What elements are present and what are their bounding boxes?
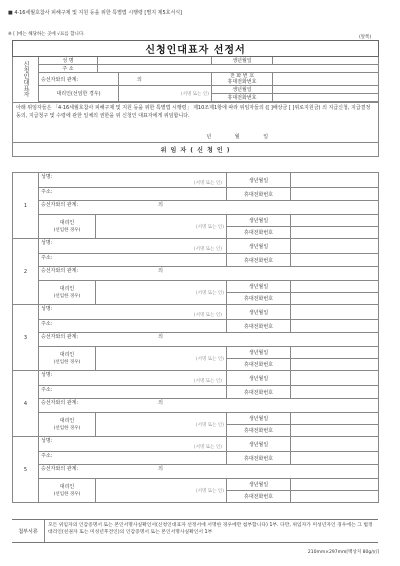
law-reference: ■ 4·16세월호참사 피해구제 및 지원 등을 위한 특별법 시행령 [별지 …: [8, 9, 182, 16]
agent-mobile-field[interactable]: [291, 293, 379, 305]
relation-label: 승선자와의 관계:: [41, 334, 78, 340]
rep-relation-field[interactable]: 승선자와의 관계:: [39, 73, 119, 86]
birth-label: 생년월일: [227, 371, 291, 386]
agent-mobile-label: 휴대전화번호: [227, 359, 291, 371]
agent-sign-field[interactable]: (서명 또는 인): [96, 281, 227, 305]
agent-mobile-label: 휴대전화번호: [227, 425, 291, 437]
form-title: 신청인대표자 선정서: [13, 41, 379, 57]
mobile-label: 휴대전화번호: [227, 188, 291, 201]
mobile-label: 휴대전화번호: [227, 254, 291, 267]
relation-field[interactable]: 승선자와의 관계:의: [39, 399, 379, 413]
agent-birth-field[interactable]: [291, 215, 379, 227]
relation-suffix: 의: [158, 466, 163, 472]
delegator-number: 5: [13, 437, 39, 503]
delegator-number: 1: [13, 173, 39, 239]
rep-agent-sign-hint: (서명 또는 인): [181, 92, 209, 97]
rep-name-label: 성 명: [39, 57, 98, 65]
mobile-field[interactable]: [291, 320, 379, 333]
birth-label: 생년월일: [227, 305, 291, 320]
address-label: 주소:: [41, 189, 52, 195]
rep-agent-mobile-label: 휴대전화번호: [212, 94, 273, 102]
mobile-field[interactable]: [291, 188, 379, 201]
address-label: 주소:: [41, 453, 52, 459]
delegator-group-3: 3 성명:(서명 또는 인) 생년월일 주소: 휴대전화번호 승선자와의 관계:…: [13, 305, 379, 371]
attachments-label: 첨부서류: [12, 520, 45, 542]
representative-section-label: 신청인대표자: [13, 57, 39, 103]
birth-field[interactable]: [291, 305, 379, 320]
agent-birth-label: 생년월일: [227, 281, 291, 293]
rep-address-label: 주 소: [39, 65, 98, 73]
agent-sign-field[interactable]: (서명 또는 인): [96, 413, 227, 437]
agent-mobile-label: 휴대전화번호: [227, 293, 291, 305]
agent-mobile-field[interactable]: [291, 227, 379, 239]
representative-table: 신청인대표자 선정서 신청인대표자 성 명 생년월일 주 소 승선자와의 관계:…: [12, 40, 379, 157]
date-day: 일: [263, 134, 268, 140]
birth-field[interactable]: [291, 239, 379, 254]
rep-phone-field[interactable]: [273, 73, 379, 86]
date-line[interactable]: 년 월 일: [206, 133, 268, 141]
sign-hint: (서명 또는 인): [194, 180, 222, 186]
delegator-number: 3: [13, 305, 39, 371]
agent-mobile-field[interactable]: [291, 359, 379, 371]
relation-field[interactable]: 승선자와의 관계:의: [39, 465, 379, 479]
agent-label: 대리인(선임한 경우): [39, 215, 96, 239]
mobile-field[interactable]: [291, 386, 379, 399]
delegator-number: 2: [13, 239, 39, 305]
agent-label: 대리인(선임한 경우): [39, 479, 96, 503]
date-year: 년: [206, 134, 211, 140]
relation-field[interactable]: 승선자와의 관계:의: [39, 333, 379, 347]
relation-field[interactable]: 승선자와의 관계:의: [39, 201, 379, 215]
sign-hint: (서명 또는 인): [194, 444, 222, 450]
delegator-name-field[interactable]: 성명:(서명 또는 인): [39, 437, 227, 452]
mobile-label: 휴대전화번호: [227, 452, 291, 465]
rep-agent-label: 대리인(선임한 경우): [39, 86, 119, 102]
rep-relation-suffix-cell: 의: [119, 73, 212, 86]
rep-mobile-label: 휴대전화번호: [214, 79, 270, 85]
rep-agent-sign-field[interactable]: (서명 또는 인): [119, 86, 212, 102]
relation-label: 승선자와의 관계:: [41, 268, 78, 274]
agent-mobile-field[interactable]: [291, 491, 379, 503]
name-label: 성명:: [41, 174, 52, 180]
relation-label: 승선자와의 관계:: [41, 400, 78, 406]
relation-suffix: 의: [158, 268, 163, 274]
delegators-table: 1 성명:(서명 또는 인) 생년월일 주소: 휴대전화번호 승선자와의 관계:…: [12, 172, 379, 503]
sign-hint: (서명 또는 인): [194, 312, 222, 318]
birth-field[interactable]: [291, 173, 379, 188]
agent-sign-field[interactable]: (서명 또는 인): [96, 215, 227, 239]
birth-label: 생년월일: [227, 239, 291, 254]
relation-suffix: 의: [158, 334, 163, 340]
name-label: 성명:: [41, 240, 52, 246]
agent-birth-field[interactable]: [291, 347, 379, 359]
agent-mobile-field[interactable]: [291, 425, 379, 437]
name-label: 성명:: [41, 372, 52, 378]
name-label: 성명:: [41, 306, 52, 312]
relation-field[interactable]: 승선자와의 관계:의: [39, 267, 379, 281]
agent-birth-field[interactable]: [291, 281, 379, 293]
mobile-label: 휴대전화번호: [227, 320, 291, 333]
agent-mobile-label: 휴대전화번호: [227, 227, 291, 239]
rep-relation-label: 승선자와의 관계:: [41, 77, 78, 83]
agent-birth-label: 생년월일: [227, 479, 291, 491]
relation-suffix: 의: [158, 400, 163, 406]
agent-birth-label: 생년월일: [227, 347, 291, 359]
agent-birth-label: 생년월일: [227, 215, 291, 227]
sign-hint: (서명 또는 인): [194, 246, 222, 252]
address-field[interactable]: 주소:: [39, 188, 227, 201]
agent-label: 대리인(선임한 경우): [39, 347, 96, 371]
agent-birth-label: 생년월일: [227, 413, 291, 425]
rep-agent-birth-label: 생년월일: [212, 86, 273, 94]
date-month: 월: [235, 134, 240, 140]
checkbox-note: ※ [ ]에는 해당하는 곳에 √표를 합니다.: [8, 31, 85, 37]
birth-label: 생년월일: [227, 173, 291, 188]
rep-name-field[interactable]: [98, 57, 212, 65]
address-label: 주소:: [41, 387, 52, 393]
delegation-statement: 아래 위임자들은 「4·16세월호참사 피해구제 및 지원 등을 위한 특별법 …: [13, 103, 379, 143]
delegator-name-field[interactable]: 성명:(서명 또는 인): [39, 305, 227, 320]
rep-agent-birth-field[interactable]: [273, 86, 379, 94]
delegator-group-4: 4 성명:(서명 또는 인) 생년월일 주소: 휴대전화번호 승선자와의 관계:…: [13, 371, 379, 437]
name-label: 성명:: [41, 438, 52, 444]
birth-field[interactable]: [291, 371, 379, 386]
delegator-number: 4: [13, 371, 39, 437]
mobile-field[interactable]: [291, 452, 379, 465]
relation-label: 승선자와의 관계:: [41, 202, 78, 208]
delegator-name-field[interactable]: 성명:(서명 또는 인): [39, 371, 227, 386]
address-field[interactable]: 주소:: [39, 452, 227, 465]
agent-sign-field[interactable]: (서명 또는 인): [96, 347, 227, 371]
address-field[interactable]: 주소:: [39, 386, 227, 399]
mobile-label: 휴대전화번호: [227, 386, 291, 399]
address-label: 주소:: [41, 255, 52, 261]
statement-text: 아래 위임자들은 「4·16세월호참사 피해구제 및 지원 등을 위한 특별법 …: [16, 104, 375, 120]
delegators-header: 위 임 자 ( 신 청 인 ): [13, 143, 379, 157]
attachments-section: 첨부서류 모든 위임자의 인감증명서 또는 본인서명사실확인서(신청인대표자 선…: [12, 519, 378, 543]
address-label: 주소:: [41, 321, 52, 327]
relation-suffix: 의: [158, 202, 163, 208]
agent-sign-field[interactable]: (서명 또는 인): [96, 479, 227, 503]
rep-birth-field[interactable]: [273, 57, 379, 65]
agent-birth-field[interactable]: [291, 479, 379, 491]
delegator-group-2: 2 성명:(서명 또는 인) 생년월일 주소: 휴대전화번호 승선자와의 관계:…: [13, 239, 379, 305]
delegator-group-5: 5 성명:(서명 또는 인) 생년월일 주소: 휴대전화번호 승선자와의 관계:…: [13, 437, 379, 503]
agent-birth-field[interactable]: [291, 413, 379, 425]
delegator-name-field[interactable]: 성명:(서명 또는 인): [39, 173, 227, 188]
delegator-group-1: 1 성명:(서명 또는 인) 생년월일 주소: 휴대전화번호 승선자와의 관계:…: [13, 173, 379, 239]
address-field[interactable]: 주소:: [39, 320, 227, 333]
agent-label: 대리인(선임한 경우): [39, 281, 96, 305]
rep-phone-labels: 전 화 번 호 휴대전화번호: [212, 73, 273, 86]
rep-birth-label: 생년월일: [212, 57, 273, 65]
rep-relation-suffix: 의: [137, 77, 142, 83]
sign-hint: (서명 또는 인): [194, 378, 222, 384]
agent-mobile-label: 휴대전화번호: [227, 491, 291, 503]
rep-address-field[interactable]: [98, 65, 379, 73]
rep-agent-mobile-field[interactable]: [273, 94, 379, 102]
birth-label: 생년월일: [227, 437, 291, 452]
birth-field[interactable]: [291, 437, 379, 452]
attachments-text: 모든 위임자의 인감증명서 또는 본인서명사실확인서(신청인대표자 선정서에 서…: [45, 520, 378, 542]
delegator-name-field[interactable]: 성명:(서명 또는 인): [39, 239, 227, 254]
address-field[interactable]: 주소:: [39, 254, 227, 267]
agent-label: 대리인(선임한 경우): [39, 413, 96, 437]
mobile-field[interactable]: [291, 254, 379, 267]
paper-spec: 210mm×297mm[백상지 80g/㎡]: [308, 549, 379, 555]
relation-label: 승선자와의 관계:: [41, 466, 78, 472]
